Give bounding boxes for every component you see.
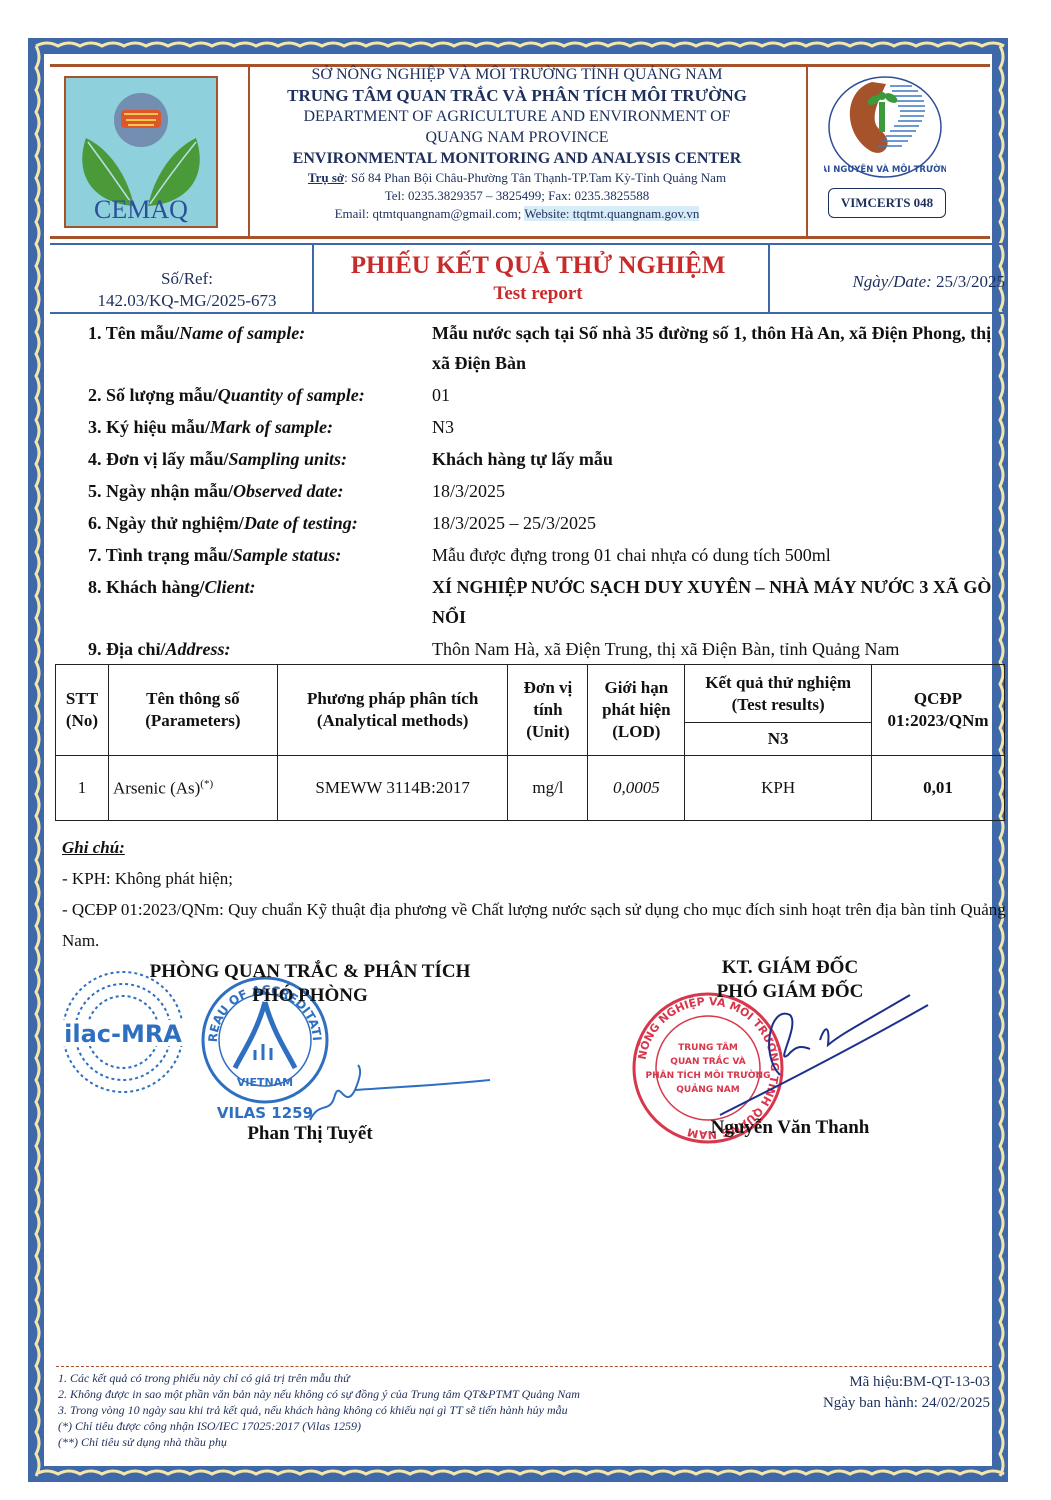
table-row: 1 Arsenic (As)(*) SMEWW 3114B:2017 mg/l …	[56, 756, 1005, 821]
cell-result: KPH	[685, 756, 872, 821]
header-sample-n3: N3	[685, 723, 872, 756]
date-label: Ngày/Date:	[852, 272, 931, 291]
document-title: PHIẾU KẾT QUẢ THỬ NGHIỆM Test report	[318, 250, 758, 306]
vilas-number: VILAS 1259	[217, 1104, 313, 1122]
cell-method: SMEWW 3114B:2017	[277, 756, 508, 821]
reference-number: Số/Ref: 142.03/KQ-MG/2025-673	[62, 268, 312, 312]
sig-right-position: PHÓ GIÁM ĐỐC	[620, 980, 960, 1004]
cemaq-logo-icon: CEMAQ	[64, 76, 218, 228]
header-parameters: Tên thông số(Parameters)	[108, 665, 277, 756]
info-label: 2. Số lượng mẫu/Quantity of sample:	[88, 380, 365, 410]
info-value: Thôn Nam Hà, xã Điện Trung, thị xã Điện …	[432, 634, 1012, 664]
sig-left-name: Phan Thị Tuyết	[180, 1122, 440, 1146]
sig-right-line1: KT. GIÁM ĐỐC	[620, 956, 960, 980]
notes-section: Ghi chú: - KPH: Không phát hiện; - QCĐP …	[62, 832, 1012, 956]
cemaq-logo-text: CEMAQ	[94, 195, 188, 224]
signature-block-left: PHÒNG QUAN TRẮC & PHÂN TÍCH PHÓ PHÒNG Ph…	[120, 960, 500, 1008]
report-date: Ngày/Date: 25/3/2025	[770, 272, 1005, 292]
form-info: Mã hiệu:BM-QT-13-03 Ngày ban hành: 24/02…	[760, 1372, 990, 1414]
info-label: 3. Ký hiệu mẫu/Mark of sample:	[88, 412, 333, 442]
title-divider	[312, 244, 314, 312]
footer-note: (**) Chỉ tiêu sử dụng nhà thầu phụ	[58, 1434, 758, 1450]
province-name-en: QUANG NAM PROVINCE	[252, 127, 782, 148]
center-name-vi: TRUNG TÂM QUAN TRẮC VÀ PHÂN TÍCH MÔI TRƯ…	[252, 85, 782, 106]
org-address: Trụ sở: Số 84 Phan Bội Châu-Phường Tân T…	[252, 169, 782, 187]
header-bottom-rule	[50, 236, 990, 239]
info-value: Mẫu được đựng trong 01 chai nhựa có dung…	[432, 540, 1012, 570]
info-value: XÍ NGHIỆP NƯỚC SẠCH DUY XUYÊN – NHÀ MÁY …	[432, 572, 1012, 632]
tai-nguyen-moi-truong-logo-icon: TÀI NGUYÊN VÀ MÔI TRƯỜNG	[824, 72, 946, 187]
footer-notes: 1. Các kết quả có trong phiếu này chỉ có…	[58, 1370, 758, 1450]
address-label: Trụ sở	[308, 170, 344, 185]
cell-parameter: Arsenic (As)(*)	[108, 756, 277, 821]
org-email[interactable]: Email: qtmtquangnam@gmail.com;	[335, 206, 525, 221]
header-qcdp: QCĐP01:2023/QNm	[872, 665, 1005, 756]
info-label: 9. Địa chỉ/Address:	[88, 634, 231, 664]
header-divider	[806, 64, 808, 238]
issue-date: Ngày ban hành: 24/02/2025	[760, 1393, 990, 1414]
ministry-name: SỞ NÔNG NGHIỆP VÀ MÔI TRƯỜNG TỈNH QUẢNG …	[252, 64, 782, 85]
ref-label: Số/Ref:	[62, 268, 312, 290]
info-label: 4. Đơn vị lấy mẫu/Sampling units:	[88, 444, 347, 474]
title-row-bottom-rule	[50, 312, 1005, 314]
org-website[interactable]: Website: ttqtmt.quangnam.gov.vn	[524, 206, 699, 221]
info-value: 01	[432, 380, 1012, 410]
header-lod: Giới hạn phát hiện(LOD)	[588, 665, 685, 756]
ref-value: 142.03/KQ-MG/2025-673	[62, 290, 312, 312]
footer-note: 1. Các kết quả có trong phiếu này chỉ có…	[58, 1370, 758, 1386]
footer-note: 2. Không được in sao một phần văn bản nà…	[58, 1386, 758, 1402]
footer-note: (*) Chỉ tiêu được công nhận ISO/IEC 1702…	[58, 1418, 758, 1434]
svg-text:VIETNAM: VIETNAM	[237, 1076, 293, 1089]
header-methods: Phương pháp phân tích(Analytical methods…	[277, 665, 508, 756]
address-text: : Số 84 Phan Bội Châu-Phường Tân Thạnh-T…	[344, 170, 726, 185]
center-name-en: ENVIRONMENTAL MONITORING AND ANALYSIS CE…	[252, 148, 782, 169]
info-value: Mẫu nước sạch tại Số nhà 35 đường số 1, …	[432, 318, 1012, 378]
info-label: 8. Khách hàng/Client:	[88, 572, 256, 602]
org-phone: Tel: 0235.3829357 – 3825499; Fax: 0235.3…	[252, 187, 782, 205]
note-item: - QCĐP 01:2023/QNm: Quy chuẩn Kỹ thuật đ…	[62, 894, 1007, 956]
sig-left-dept: PHÒNG QUAN TRẮC & PHÂN TÍCH	[120, 960, 500, 984]
header-stt: STT(No)	[56, 665, 109, 756]
info-label: 5. Ngày nhận mẫu/Observed date:	[88, 476, 344, 506]
signature-block-right: KT. GIÁM ĐỐC PHÓ GIÁM ĐỐC Nguyễn Văn Tha…	[620, 956, 960, 1004]
notes-title: Ghi chú:	[62, 832, 1012, 863]
ilac-text: ilac-MRA	[64, 1020, 182, 1048]
sig-right-name: Nguyễn Văn Thanh	[620, 1116, 960, 1140]
footer-note: 3. Trong vòng 10 ngày sau khi trả kết qu…	[58, 1402, 758, 1418]
footer-rule	[56, 1366, 992, 1367]
title-en: Test report	[318, 282, 758, 306]
info-label: 1. Tên mẫu/Name of sample:	[88, 318, 305, 348]
logo-ring-text: TÀI NGUYÊN VÀ MÔI TRƯỜNG	[824, 163, 946, 175]
info-label: 7. Tình trạng mẫu/Sample status:	[88, 540, 341, 570]
cell-lod: 0,0005	[588, 756, 685, 821]
info-value: 18/3/2025	[432, 476, 1012, 506]
cell-unit: mg/l	[508, 756, 588, 821]
note-item: - KPH: Không phát hiện;	[62, 863, 1012, 894]
cell-limit: 0,01	[872, 756, 1005, 821]
header-unit: Đơn vị tính(Unit)	[508, 665, 588, 756]
form-code: Mã hiệu:BM-QT-13-03	[760, 1372, 990, 1393]
header-results: Kết quả thử nghiệm(Test results)	[685, 665, 872, 723]
info-label: 6. Ngày thử nghiệm/Date of testing:	[88, 508, 358, 538]
results-table: STT(No) Tên thông số(Parameters) Phương …	[55, 664, 1005, 821]
cell-no: 1	[56, 756, 109, 821]
info-value: 18/3/2025 – 25/3/2025	[432, 508, 1012, 538]
department-name-en: DEPARTMENT OF AGRICULTURE AND ENVIRONMEN…	[252, 106, 782, 127]
organization-header: SỞ NÔNG NGHIỆP VÀ MÔI TRƯỜNG TỈNH QUẢNG …	[252, 64, 782, 223]
date-value: 25/3/2025	[936, 272, 1005, 291]
signature-right-icon	[700, 985, 930, 1130]
info-value: N3	[432, 412, 1012, 442]
vimcerts-badge: VIMCERTS 048	[828, 188, 946, 218]
header-divider	[248, 64, 250, 238]
info-value: Khách hàng tự lấy mẫu	[432, 444, 1012, 474]
sig-left-position: PHÓ PHÒNG	[120, 984, 500, 1008]
org-contact: Email: qtmtquangnam@gmail.com; Website: …	[252, 205, 782, 223]
title-vi: PHIẾU KẾT QUẢ THỬ NGHIỆM	[318, 250, 758, 282]
title-row-top-rule	[50, 243, 1005, 245]
